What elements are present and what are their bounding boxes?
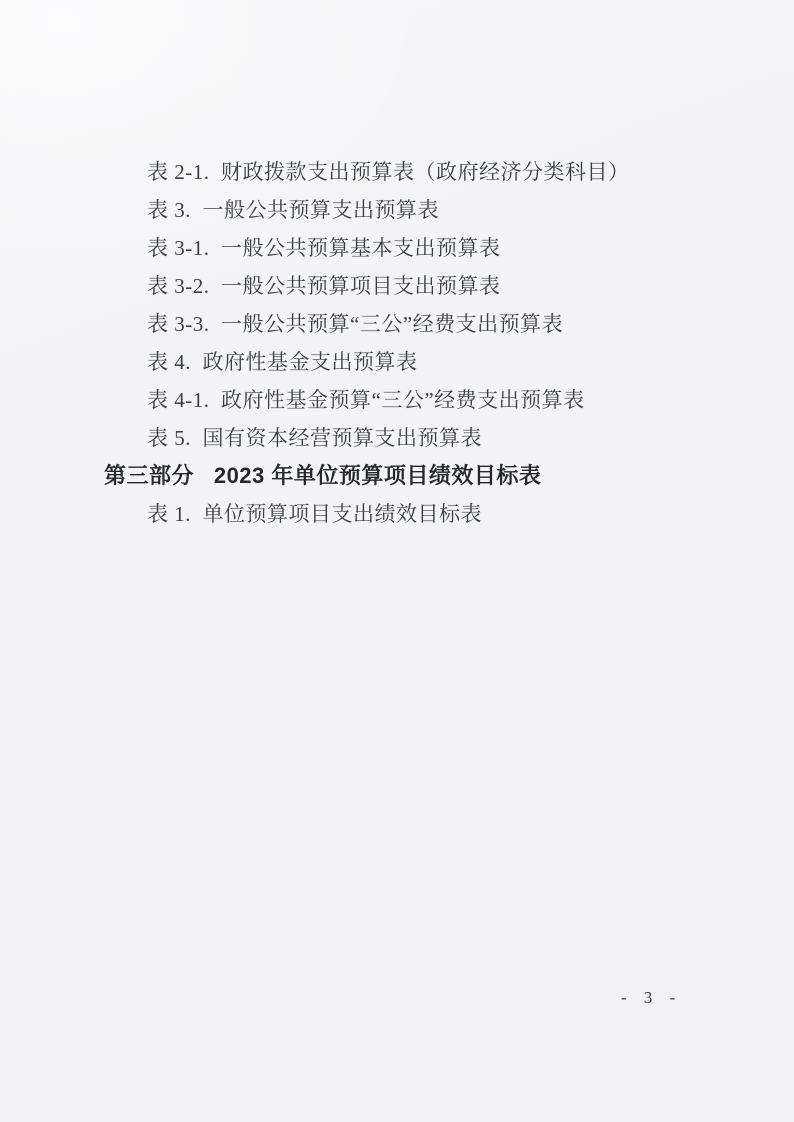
document-page: 表 2-1. 财政拨款支出预算表（政府经济分类科目） 表 3. 一般公共预算支出… [0, 0, 794, 1122]
toc-entry: 表 3-3. 一般公共预算“三公”经费支出预算表 [0, 305, 794, 343]
toc-entry: 表 4. 政府性基金支出预算表 [0, 343, 794, 381]
toc-entry: 表 2-1. 财政拨款支出预算表（政府经济分类科目） [0, 153, 794, 191]
toc-entry: 表 3-1. 一般公共预算基本支出预算表 [0, 229, 794, 267]
section-heading: 第三部分 2023 年单位预算项目绩效目标表 [0, 457, 794, 495]
page-number: - 3 - [621, 988, 678, 1008]
toc-entry: 表 1. 单位预算项目支出绩效目标表 [0, 495, 794, 533]
table-of-contents: 表 2-1. 财政拨款支出预算表（政府经济分类科目） 表 3. 一般公共预算支出… [0, 153, 794, 533]
toc-entry: 表 3. 一般公共预算支出预算表 [0, 191, 794, 229]
toc-entry: 表 5. 国有资本经营预算支出预算表 [0, 419, 794, 457]
toc-entry: 表 3-2. 一般公共预算项目支出预算表 [0, 267, 794, 305]
toc-entry: 表 4-1. 政府性基金预算“三公”经费支出预算表 [0, 381, 794, 419]
